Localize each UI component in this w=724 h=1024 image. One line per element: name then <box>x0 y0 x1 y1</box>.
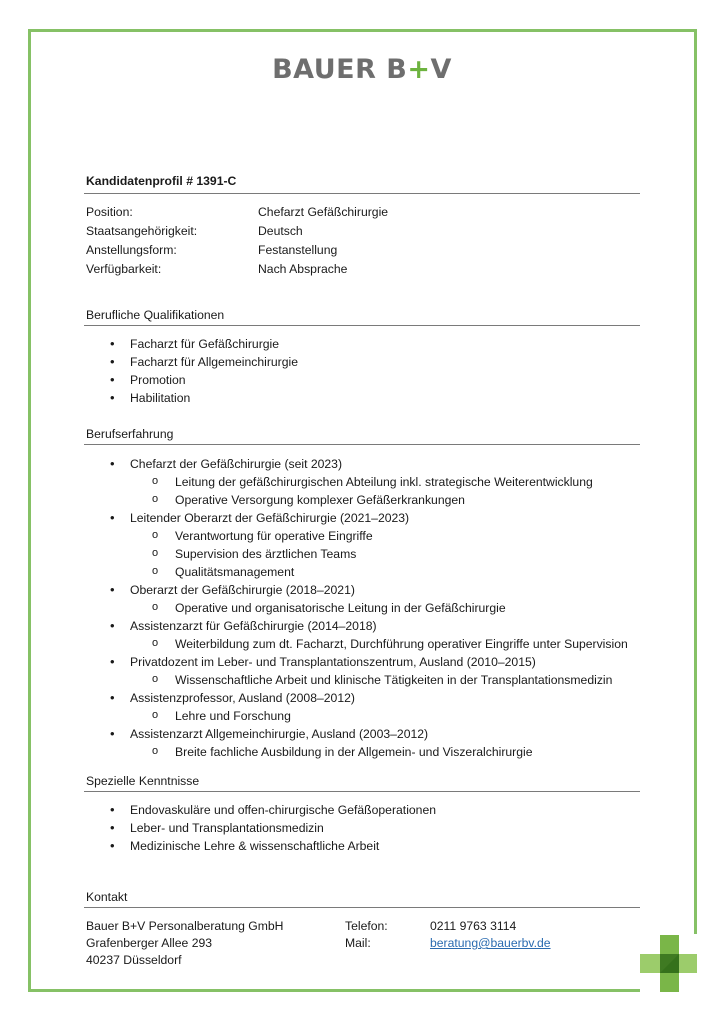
list-item: Promotion <box>0 371 298 389</box>
experience-title: Berufserfahrung <box>86 427 173 441</box>
contact-rule <box>84 907 640 908</box>
experience-list: Chefarzt der Gefäßchirurgie (seit 2023)L… <box>0 455 628 761</box>
list-item: Facharzt für Allgemeinchirurgie <box>0 353 298 371</box>
field-value: Chefarzt Gefäßchirurgie <box>258 205 388 219</box>
list-item: Medizinische Lehre & wissenschaftliche A… <box>0 837 436 855</box>
experience-detail: Operative Versorgung komplexer Gefäßerkr… <box>0 491 628 509</box>
skills-title: Spezielle Kenntnisse <box>86 774 199 788</box>
qualifications-rule <box>84 325 640 326</box>
skills-rule <box>84 791 640 792</box>
profile-title: Kandidatenprofil # 1391-C <box>86 174 236 188</box>
cross-center-shade <box>660 954 679 973</box>
experience-position: Assistenzarzt für Gefäßchirurgie (2014–2… <box>0 617 628 635</box>
field-label: Verfügbarkeit: <box>86 262 161 276</box>
contact-title: Kontakt <box>86 890 127 904</box>
qualifications-title: Berufliche Qualifikationen <box>86 308 224 322</box>
field-label: Anstellungsform: <box>86 243 177 257</box>
list-item: Facharzt für Gefäßchirurgie <box>0 335 298 353</box>
experience-position: Assistenzarzt Allgemeinchirurgie, Auslan… <box>0 725 628 743</box>
contact-mail-label: Mail: <box>345 936 371 950</box>
experience-detail: Operative und organisatorische Leitung i… <box>0 599 628 617</box>
experience-detail: Supervision des ärztlichen Teams <box>0 545 628 563</box>
logo-plus: + <box>407 54 430 85</box>
contact-city: 40237 Düsseldorf <box>86 953 182 967</box>
experience-position: Oberarzt der Gefäßchirurgie (2018–2021) <box>0 581 628 599</box>
contact-mail-link[interactable]: beratung@bauerbv.de <box>430 936 551 950</box>
experience-detail: Verantwortung für operative Eingriffe <box>0 527 628 545</box>
experience-rule <box>84 444 640 445</box>
experience-detail: Breite fachliche Ausbildung in der Allge… <box>0 743 628 761</box>
experience-position: Assistenzprofessor, Ausland (2008–2012) <box>0 689 628 707</box>
experience-position: Privatdozent im Leber- und Transplantati… <box>0 653 628 671</box>
experience-detail: Lehre und Forschung <box>0 707 628 725</box>
frame-border-right <box>694 29 697 934</box>
list-item: Habilitation <box>0 389 298 407</box>
experience-detail: Leitung der gefäßchirurgischen Abteilung… <box>0 473 628 491</box>
frame-border-top <box>28 29 696 32</box>
list-item: Leber- und Transplantationsmedizin <box>0 819 436 837</box>
experience-position: Leitender Oberarzt der Gefäßchirurgie (2… <box>0 509 628 527</box>
logo-text-left: BAUER B <box>272 54 407 85</box>
contact-phone[interactable]: 0211 9763 3114 <box>430 919 516 933</box>
contact-phone-label: Telefon: <box>345 919 388 933</box>
logo-text-right: V <box>431 54 452 85</box>
field-value: Festanstellung <box>258 243 337 257</box>
contact-company: Bauer B+V Personalberatung GmbH <box>86 919 283 933</box>
field-value: Nach Absprache <box>258 262 347 276</box>
list-item: Endovaskuläre und offen-chirurgische Gef… <box>0 801 436 819</box>
experience-detail: Wissenschaftliche Arbeit und klinische T… <box>0 671 628 689</box>
skills-list: Endovaskuläre und offen-chirurgische Gef… <box>0 801 436 855</box>
experience-position: Chefarzt der Gefäßchirurgie (seit 2023) <box>0 455 628 473</box>
field-label: Position: <box>86 205 133 219</box>
experience-detail: Weiterbildung zum dt. Facharzt, Durchfüh… <box>0 635 628 653</box>
field-value: Deutsch <box>258 224 303 238</box>
company-logo: BAUER B+V <box>272 54 452 85</box>
contact-street: Grafenberger Allee 293 <box>86 936 212 950</box>
field-label: Staatsangehörigkeit: <box>86 224 197 238</box>
profile-title-rule <box>84 193 640 194</box>
frame-border-bottom <box>28 989 640 992</box>
qualifications-list: Facharzt für Gefäßchirurgie Facharzt für… <box>0 335 298 407</box>
experience-detail: Qualitätsmanagement <box>0 563 628 581</box>
